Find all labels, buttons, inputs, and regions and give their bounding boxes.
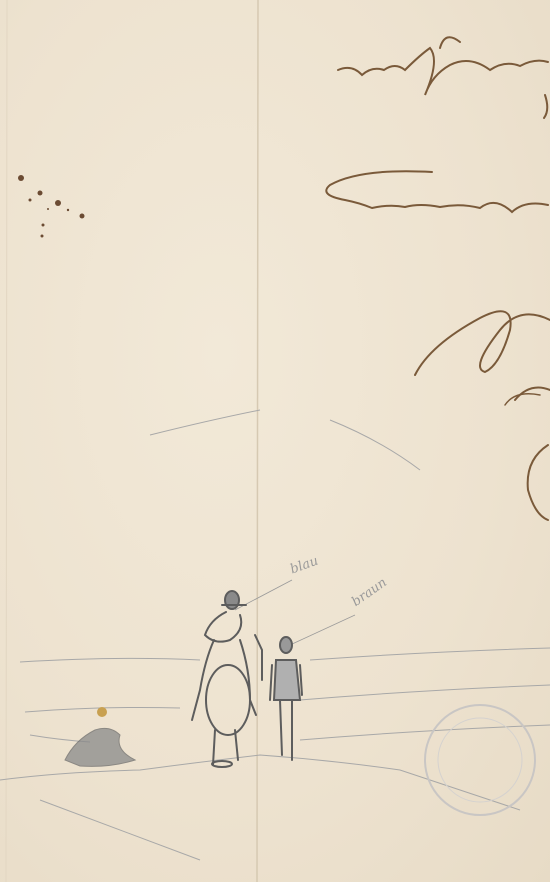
rider-figure <box>192 591 262 767</box>
sketch-sheet: blau braun <box>0 0 550 882</box>
sketch-drawing <box>0 0 550 882</box>
landscape-lines <box>0 410 550 860</box>
stamp-circle <box>425 705 535 815</box>
standing-figure <box>270 637 302 760</box>
fold-line <box>257 0 258 882</box>
ink-handwriting <box>326 37 550 520</box>
ink-stains <box>18 175 85 238</box>
reclining-figure <box>65 707 135 766</box>
